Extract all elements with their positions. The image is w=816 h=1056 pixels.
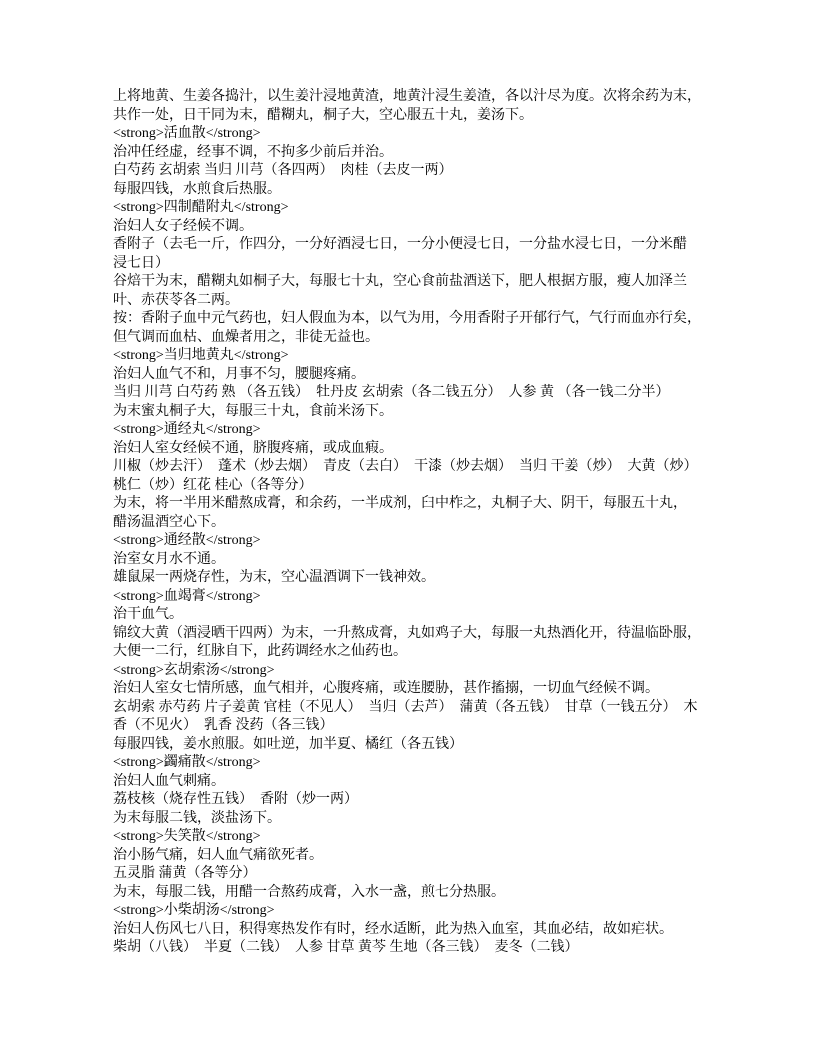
text-line: 每服四钱，水煎食后热服。 <box>113 181 713 200</box>
text-line: 为末蜜丸桐子大，每服三十丸，食前米汤下。 <box>113 403 713 422</box>
text-line: 为末，将一半用米醋熬成膏，和余药，一半成剂，臼中柞之，丸桐子大、阴干，每服五十丸… <box>113 495 713 514</box>
text-line: 但气调而血枯、血燥者用之，非徒无益也。 <box>113 329 713 348</box>
text-line: <strong>血竭膏</strong> <box>113 588 713 607</box>
text-line: <strong>失笑散</strong> <box>113 828 713 847</box>
text-line: 香（不见火） 乳香 没药（各三钱） <box>113 717 713 736</box>
text-line: 川椒（炒去汗） 蓬术（炒去烟） 青皮（去白） 干漆（炒去烟） 当归 干姜（炒） … <box>113 458 713 477</box>
text-line: 上将地黄、生姜各捣汁，以生姜汁浸地黄渣，地黄汁浸生姜渣，各以汁尽为度。次将余药为… <box>113 88 713 107</box>
text-line: 桃仁（炒）红花 桂心（各等分） <box>113 477 713 496</box>
text-line: 雄鼠屎一两烧存性，为末，空心温酒调下一钱神效。 <box>113 569 713 588</box>
text-line: 玄胡索 赤芍药 片子姜黄 官桂（不见人） 当归（去芦） 蒲黄（各五钱） 甘草（一… <box>113 699 713 718</box>
text-line: 大便一二行，红脉自下，此药调经水之仙药也。 <box>113 643 713 662</box>
text-line: <strong>当归地黄丸</strong> <box>113 347 713 366</box>
text-line: 治妇人血气刺痛。 <box>113 773 713 792</box>
text-line: <strong>小柴胡汤</strong> <box>113 902 713 921</box>
text-line: 治妇人伤风七八日，积得寒热发作有时，经水适断，此为热入血室，其血必结，故如疟状。 <box>113 921 713 940</box>
text-line: 为末，每服二钱，用醋一合熬药成膏，入水一盏，煎七分热服。 <box>113 884 713 903</box>
document-body: 上将地黄、生姜各捣汁，以生姜汁浸地黄渣，地黄汁浸生姜渣，各以汁尽为度。次将余药为… <box>113 88 713 958</box>
text-line: <strong>活血散</strong> <box>113 125 713 144</box>
text-line: 五灵脂 蒲黄（各等分） <box>113 865 713 884</box>
text-line: <strong>玄胡索汤</strong> <box>113 662 713 681</box>
text-line: 香附子（去毛一斤，作四分，一分好酒浸七日，一分小便浸七日，一分盐水浸七日，一分米… <box>113 236 713 255</box>
text-line: 为末每服二钱，淡盐汤下。 <box>113 810 713 829</box>
text-line: 治冲任经虚，经事不调，不拘多少前后并治。 <box>113 144 713 163</box>
text-line: 每服四钱，姜水煎服。如吐逆，加半夏、橘红（各五钱） <box>113 736 713 755</box>
text-line: 醋汤温酒空心下。 <box>113 514 713 533</box>
text-line: 治干血气。 <box>113 606 713 625</box>
text-line: 荔枝核（烧存性五钱） 香附（炒一两） <box>113 791 713 810</box>
text-line: 白芍药 玄胡索 当归 川芎（各四两） 肉桂（去皮一两） <box>113 162 713 181</box>
text-line: <strong>通经丸</strong> <box>113 421 713 440</box>
text-line: 柴胡（八钱） 半夏（二钱） 人参 甘草 黄芩 生地（各三钱） 麦冬（二钱） <box>113 939 713 958</box>
text-line: <strong>蠲痛散</strong> <box>113 754 713 773</box>
text-line: <strong>通经散</strong> <box>113 532 713 551</box>
text-line: 当归 川芎 白芍药 熟 （各五钱） 牡丹皮 玄胡索（各二钱五分） 人参 黄 （各… <box>113 384 713 403</box>
text-line: 治室女月水不通。 <box>113 551 713 570</box>
text-line: 治妇人血气不和，月事不匀，腰腿疼痛。 <box>113 366 713 385</box>
document-page: 上将地黄、生姜各捣汁，以生姜汁浸地黄渣，地黄汁浸生姜渣，各以汁尽为度。次将余药为… <box>0 0 816 1056</box>
text-line: 治妇人室女七情所感，血气相并，心腹疼痛，或连腰胁，甚作搐搦，一切血气经候不调。 <box>113 680 713 699</box>
text-line: 谷焙干为末，醋糊丸如桐子大，每服七十丸，空心食前盐酒送下，肥人根据方服，瘦人加泽… <box>113 273 713 292</box>
text-line: 浸七日） <box>113 255 713 274</box>
text-line: 治妇人女子经候不调。 <box>113 218 713 237</box>
text-line: 治小肠气痛，妇人血气痛欲死者。 <box>113 847 713 866</box>
text-line: 叶、赤茯苓各二两。 <box>113 292 713 311</box>
text-line: 按：香附子血中元气药也，妇人假血为本，以气为用，今用香附子开郁行气，气行而血亦行… <box>113 310 713 329</box>
text-line: <strong>四制醋附丸</strong> <box>113 199 713 218</box>
text-line: 锦纹大黄（酒浸晒干四两）为末，一升熬成膏，丸如鸡子大，每服一丸热酒化开，待温临卧… <box>113 625 713 644</box>
text-line: 共作一处，日干同为末，醋糊丸，桐子大，空心服五十丸，姜汤下。 <box>113 107 713 126</box>
text-line: 治妇人室女经候不通，脐腹疼痛，或成血瘕。 <box>113 440 713 459</box>
